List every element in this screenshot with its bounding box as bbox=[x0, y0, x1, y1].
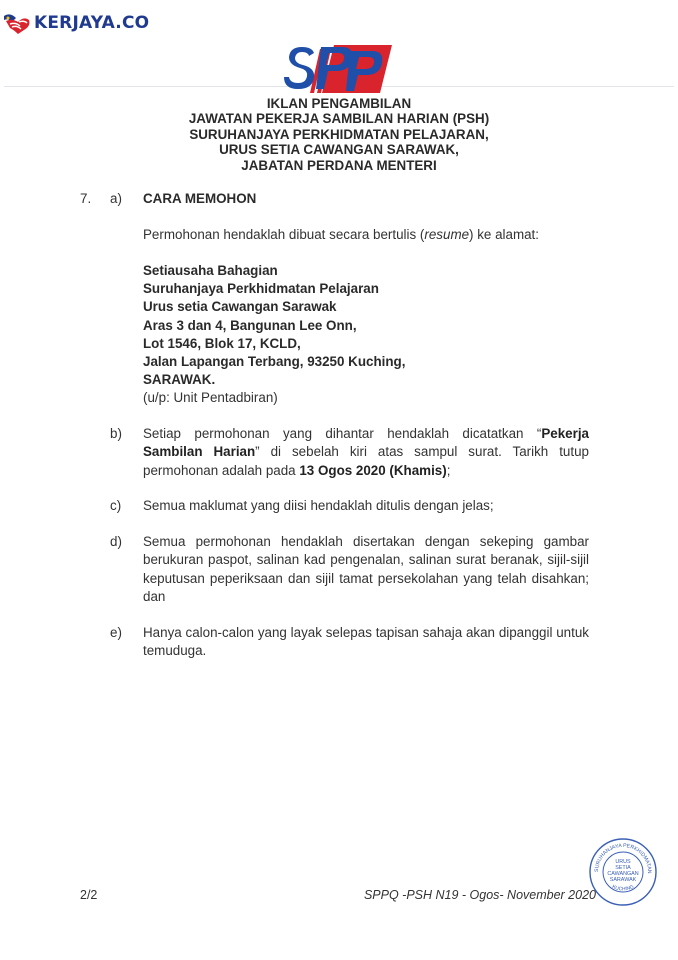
address-line: Aras 3 dan 4, Bangunan Lee Onn, bbox=[143, 317, 405, 335]
document-heading: IKLAN PENGAMBILAN JAWATAN PEKERJA SAMBIL… bbox=[0, 96, 678, 173]
official-stamp-icon: SURUHANJAYA PERKHIDMATAN PELAJARAN KUCHI… bbox=[588, 837, 658, 907]
item-label-e: e) bbox=[110, 624, 122, 643]
item-c-text: Semua maklumat yang diisi hendaklah ditu… bbox=[143, 497, 589, 515]
heading-line: IKLAN PENGAMBILAN bbox=[0, 96, 678, 111]
address-line: Suruhanjaya Perkhidmatan Pelajaran bbox=[143, 280, 405, 298]
kerjaya-brand[interactable]: KERJAYA.CO bbox=[2, 10, 149, 36]
brand-name: KERJAYA.CO bbox=[34, 13, 149, 33]
text-part: Setiap permohonan yang dihantar hendakla… bbox=[143, 426, 541, 441]
item-d-text: Semua permohonan hendaklah disertakan de… bbox=[143, 533, 589, 607]
address-line: Urus setia Cawangan Sarawak bbox=[143, 298, 405, 316]
heading-line: SURUHANJAYA PERKHIDMATAN PELAJARAN, bbox=[0, 127, 678, 142]
spp-logo-icon bbox=[284, 43, 392, 95]
address-line: Lot 1546, Blok 17, KCLD, bbox=[143, 335, 405, 353]
heading-line: URUS SETIA CAWANGAN SARAWAK, bbox=[0, 142, 678, 157]
intro-part: Permohonan hendaklah dibuat secara bertu… bbox=[143, 227, 424, 242]
item-label-b: b) bbox=[110, 425, 122, 444]
mailing-address: Setiausaha Bahagian Suruhanjaya Perkhidm… bbox=[143, 262, 405, 408]
address-line: Jalan Lapangan Terbang, 93250 Kuching, bbox=[143, 353, 405, 371]
page-number: 2/2 bbox=[80, 888, 97, 902]
svg-text:URUSSETIACAWANGANSARAWAK: URUSSETIACAWANGANSARAWAK bbox=[607, 859, 638, 883]
address-line: Setiausaha Bahagian bbox=[143, 262, 405, 280]
item-b-text: Setiap permohonan yang dihantar hendakla… bbox=[143, 425, 589, 480]
item-e-text: Hanya calon-calon yang layak selepas tap… bbox=[143, 624, 589, 661]
intro-italic: resume bbox=[424, 227, 469, 242]
intro-text: Permohonan hendaklah dibuat secara bertu… bbox=[143, 226, 539, 245]
document-reference: SPPQ -PSH N19 - Ogos- November 2020 bbox=[356, 888, 596, 902]
heading-line: JAWATAN PEKERJA SAMBILAN HARIAN (PSH) bbox=[0, 111, 678, 126]
address-attention: (u/p: Unit Pentadbiran) bbox=[143, 389, 405, 407]
text-part: ; bbox=[447, 463, 451, 478]
item-label-d: d) bbox=[110, 533, 122, 552]
heading-line: JABATAN PERDANA MENTERI bbox=[0, 158, 678, 173]
closing-date: 13 Ogos 2020 (Khamis) bbox=[299, 463, 446, 478]
section-number: 7. bbox=[80, 190, 91, 209]
malaysia-flag-heart-icon bbox=[2, 10, 32, 36]
section-title: CARA MEMOHON bbox=[143, 190, 256, 209]
svg-text:KUCHING: KUCHING bbox=[611, 884, 635, 893]
item-label-a: a) bbox=[110, 190, 122, 209]
intro-part: ) ke alamat: bbox=[469, 227, 539, 242]
item-label-c: c) bbox=[110, 497, 121, 516]
address-line: SARAWAK. bbox=[143, 371, 405, 389]
